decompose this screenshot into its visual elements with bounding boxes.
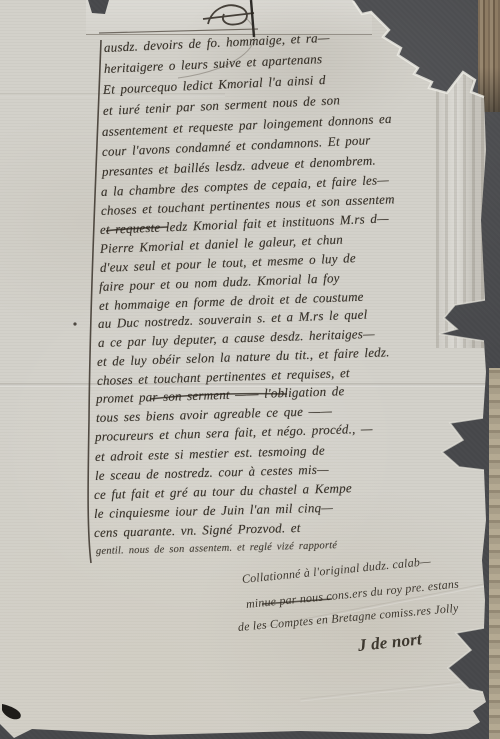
manuscript-photo: ausdz. devoirs de fo. hommaige, et ra— h… — [0, 0, 500, 739]
manuscript-line: cens quarante. vn. Signé Prozvod. et — [94, 520, 301, 541]
manuscript-line: le cinquiesme iour de Juin l'an mil cinq… — [94, 500, 333, 522]
handwriting-layer: ausdz. devoirs de fo. hommaige, et ra— h… — [0, 0, 500, 739]
manuscript-line: le sceau de nostredz. cour à cestes mis— — [95, 461, 329, 484]
collation-signature: J de nort — [357, 629, 423, 656]
manuscript-line: gentil. nous de son assentem. et reglé v… — [96, 540, 337, 557]
